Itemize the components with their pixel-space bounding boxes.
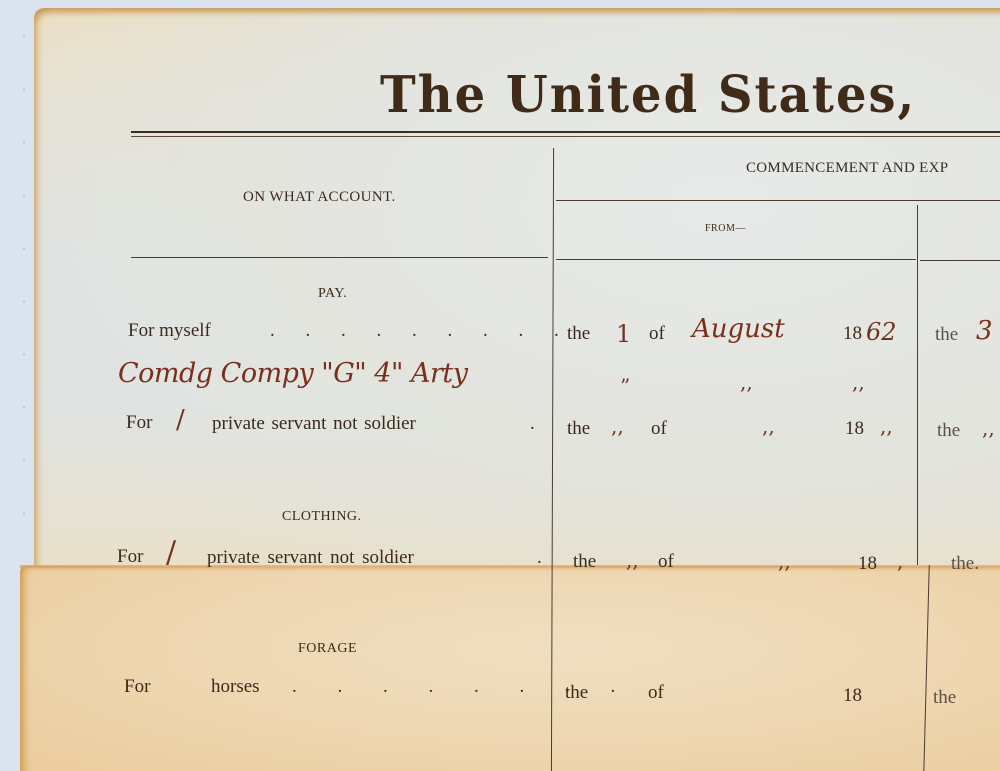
ditto-mark-month: ,,: [740, 370, 753, 394]
to-the: the: [935, 324, 958, 346]
header-rule-from: [556, 259, 916, 260]
to-the: the.: [951, 553, 979, 575]
from-day-ditto: ,,: [611, 414, 624, 438]
from-month-ditto: ,,: [778, 549, 791, 573]
paper-lower-half: [20, 566, 1000, 771]
from-year-ditto: ,: [897, 549, 903, 573]
count-handwritten: /: [176, 405, 185, 435]
from-year-prefix: 18: [843, 323, 862, 345]
header-on-what-account: ON WHAT ACCOUNT.: [243, 189, 396, 206]
for-label: For myself: [128, 320, 211, 342]
ditto-mark-year: ,,: [852, 370, 865, 394]
from-month-ditto: ,,: [762, 414, 775, 438]
leader-dots: . . . . . . . . .: [270, 320, 572, 342]
from-the: the: [565, 682, 588, 704]
from-year-prefix: 18: [845, 418, 864, 440]
to-the: the: [937, 420, 960, 442]
from-of: of: [658, 551, 674, 573]
title-rule-thick: [131, 131, 1000, 133]
row-description: private servant not soldier: [207, 547, 414, 569]
for-label: For: [126, 412, 152, 434]
from-year-ditto: ,,: [880, 414, 893, 438]
from-of: of: [648, 682, 664, 704]
header-commencement: COMMENCEMENT AND EXP: [746, 160, 948, 177]
to-day-handwritten: 3: [976, 316, 993, 346]
section-heading-forage: FORAGE: [298, 641, 357, 657]
for-label: For: [117, 546, 143, 568]
handwritten-note: Comdg Compy "G" 4" Arty: [118, 358, 467, 389]
header-from: FROM—: [705, 223, 746, 234]
from-of: of: [649, 323, 665, 345]
from-the: the: [573, 551, 596, 573]
document-title: The United States,: [380, 58, 850, 132]
row-description: private servant not soldier: [212, 413, 416, 435]
for-label: For: [124, 676, 150, 698]
from-day-ditto: ,,: [626, 548, 639, 572]
from-year-handwritten: 62: [866, 318, 897, 346]
header-rule-to: [920, 260, 1000, 261]
from-year-prefix: 18: [843, 685, 862, 707]
ditto-mark-day: ”: [620, 374, 630, 398]
count-handwritten: /: [166, 535, 176, 570]
to-day-ditto: ,,: [982, 416, 995, 440]
from-day-handwritten: 1: [616, 320, 631, 348]
trailing-dot: .: [537, 547, 542, 569]
from-year-prefix: 18: [858, 553, 877, 575]
header-rule-account: [131, 257, 548, 258]
section-heading-clothing: CLOTHING.: [282, 509, 362, 525]
header-rule-commencement: [556, 200, 1000, 201]
from-month-handwritten: August: [692, 314, 785, 344]
from-the: the: [567, 323, 590, 345]
column-divider-from: [917, 205, 918, 565]
from-the: the: [567, 418, 590, 440]
trailing-dot: .: [530, 413, 535, 435]
section-heading-pay: PAY.: [318, 286, 347, 302]
to-the: the: [933, 687, 956, 709]
row-description: horses: [211, 676, 260, 698]
from-of: of: [651, 418, 667, 440]
title-rule-thin: [131, 136, 1000, 137]
